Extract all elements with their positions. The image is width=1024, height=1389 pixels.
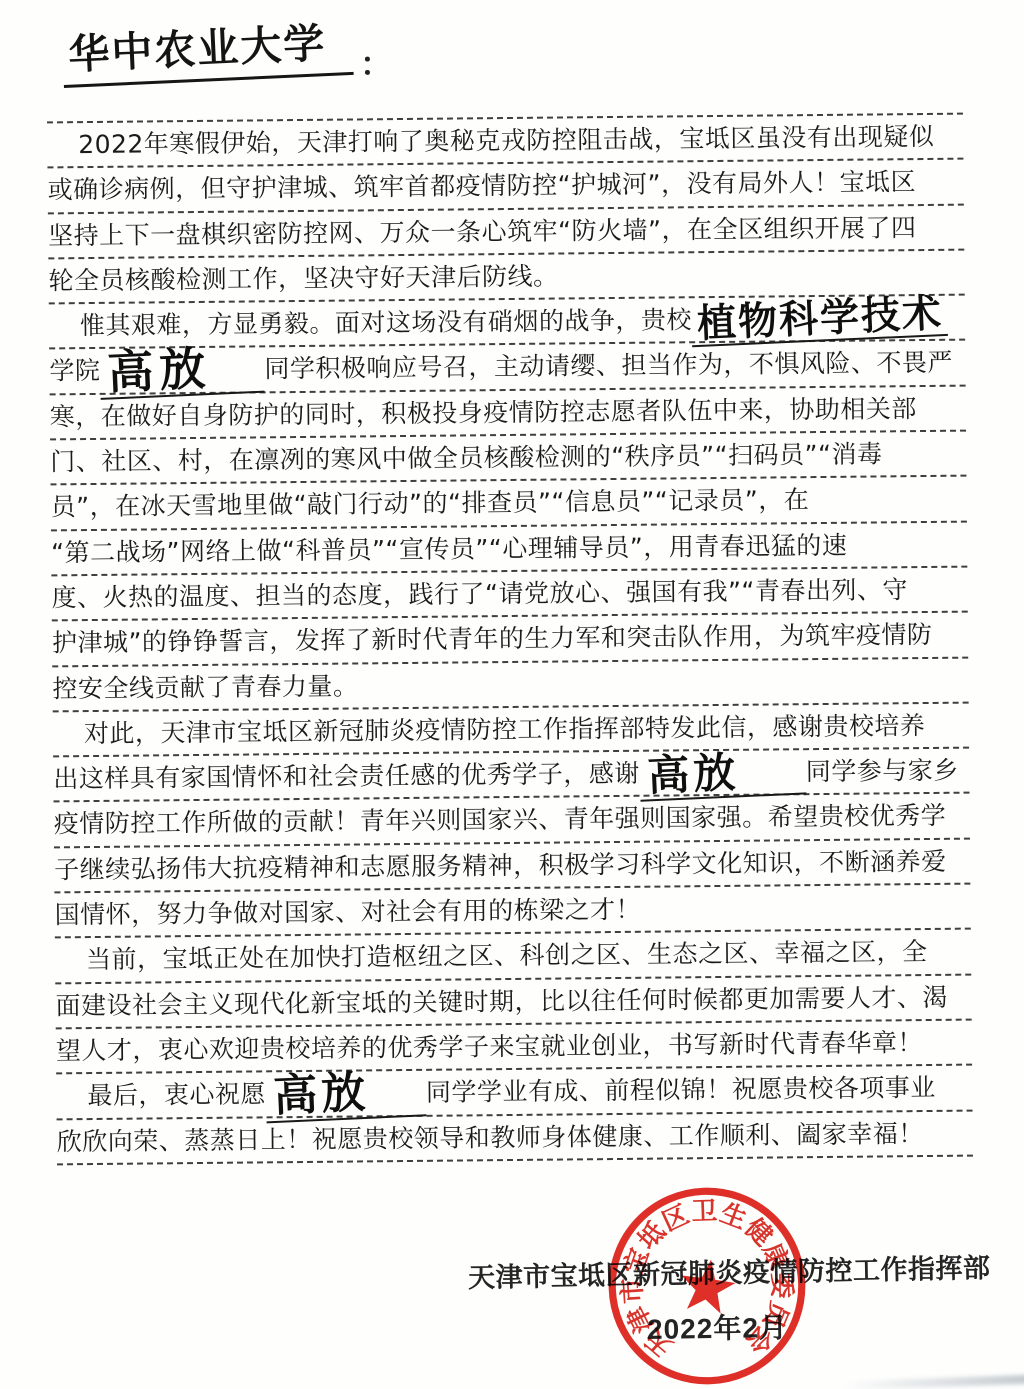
letter-page: 华中农业大学： 2022年寒假伊始，天津打响了奥秘克戎防控阻击战，宝坻区虽没有出…: [0, 0, 1024, 1389]
stamp-star-icon: [677, 1256, 739, 1315]
salutation-name: 华中农业大学: [61, 9, 354, 88]
line-text: 面建设社会主义现代化新宝坻的关键时期，比以往任何时候都更加需要人才、渴: [55, 982, 948, 1020]
line-text: 疫情防控工作所做的贡献！青年兴则国家兴、青年强则国家强。希望贵校优秀学: [54, 801, 947, 839]
line-text: 员”，在冰天雪地里做“敲门行动”的“排查员”“信息员”“记录员”，在: [51, 485, 810, 521]
line-text: 最后，衷心祝愿: [87, 1080, 266, 1111]
line-text: 坚持上下一盘棋织密防控网、万众一条心筑牢“防火墙”，在全区组织开展了四: [48, 213, 917, 250]
line-text: 望人才，衷心欢迎贵校培养的优秀学子来宝就业创业，书写新时代青春华章！: [56, 1028, 923, 1065]
handwritten-fill-name: 高放: [98, 343, 264, 400]
stamp-graphic: 天 津 市 宝 坻 区 卫 生 健 康 委 员 会: [600, 1179, 813, 1389]
line-text: 门、社区、村，在凛冽的寒风中做全员核酸检测的“秩序员”“扫码员”“消毒: [50, 439, 883, 476]
line-text: 控安全线贡献了青春力量。: [52, 671, 358, 703]
line-text: 同学学业有成、前程似锦！祝愿贵校各项事业: [426, 1073, 936, 1107]
line-text: 同学参与家乡: [806, 756, 959, 786]
line-text: 2022年寒假伊始，天津打响了奥秘克戎防控阻击战，宝坻区虽没有出现疑似: [78, 122, 934, 159]
line-text: 护津城”的铮铮誓言，发挥了新时代青年的生力军和突击队作用，为筑牢疫情防: [52, 620, 933, 657]
salutation-colon: ：: [360, 45, 392, 83]
handwritten-fill-department: 植物科学技术: [690, 294, 948, 347]
handwritten-fill-name: 高放: [638, 749, 806, 802]
line-text: 对此，天津市宝坻区新冠肺炎疫情防控工作指挥部特发此信，感谢贵校培养: [84, 711, 926, 748]
letter-body: 2022年寒假伊始，天津打响了奥秘克戎防控阻击战，宝坻区虽没有出现疑似 或确诊病…: [47, 113, 973, 1166]
stamp-arc-char: 委: [766, 1273, 796, 1299]
scan-artifact: [842, 1375, 1024, 1389]
line-text: 学院: [49, 356, 100, 385]
line-text: 国情怀，努力争做对国家、对社会有用的栋梁之才！: [54, 895, 641, 930]
salutation: 华中农业大学：: [64, 22, 392, 88]
line-text: “第二战场”网络上做“科普员”“宣传员”“心理辅导员”，用青春迅猛的速: [51, 530, 847, 567]
line-text: 当前，宝坻正处在加快打造枢纽之区、科创之区、生态之区、幸福之区，全: [86, 937, 928, 974]
line-text: 出这样具有家国情怀和社会责任感的优秀学子，感谢: [53, 759, 640, 794]
official-stamp: 天 津 市 宝 坻 区 卫 生 健 康 委 员 会: [600, 1179, 813, 1389]
letter-line: 欣欣向荣、蒸蒸日上！祝愿贵校领导和教师身体健康、工作顺利、阖家幸福！: [57, 1111, 973, 1165]
line-text: 子继续弘扬伟大抗疫精神和志愿服务精神，积极学习科学文化知识，不断涵养爱: [54, 847, 947, 885]
handwritten-fill-name: 高放: [264, 1069, 426, 1124]
line-text: 或确诊病例，但守护津城、筑牢首都疫情防控“护城河”，没有局外人！宝坻区: [48, 167, 917, 204]
line-text: 同学积极响应号召，主动请缨、担当作为，不惧风险、不畏严: [264, 348, 953, 384]
line-text: 欣欣向荣、蒸蒸日上！祝愿贵校领导和教师身体健康、工作顺利、阖家幸福！: [57, 1119, 924, 1156]
stamp-arc-char: 市: [617, 1277, 649, 1305]
line-text: 度、火热的温度、担当的态度，践行了“请党放心、强国有我”“青春出列、守: [51, 575, 908, 612]
line-text: 寒，在做好自身防护的同时，积极投身疫情防控志愿者队伍中来，协助相关部: [50, 394, 917, 431]
stamp-arc-char: 卫: [691, 1196, 718, 1227]
line-text: 轮全员核酸检测工作，坚决守好天津后防线。: [48, 261, 558, 295]
line-text: 惟其艰难，方显勇毅。面对这场没有硝烟的战争，贵校: [80, 305, 692, 340]
